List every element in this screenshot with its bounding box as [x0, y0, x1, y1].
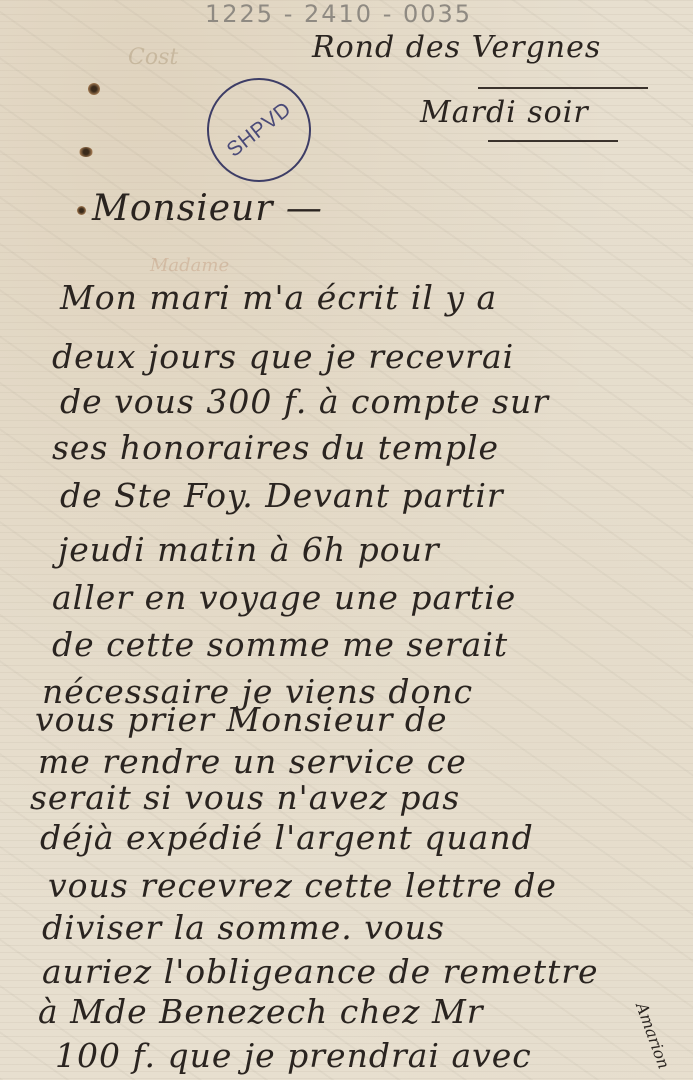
punch-hole	[77, 206, 86, 215]
punch-hole	[88, 83, 100, 95]
archive-reference-number: 1225 - 2410 - 0035	[205, 0, 472, 28]
body-line: ses honoraires du temple	[52, 428, 499, 467]
margin-annotation: Amarion	[632, 1000, 673, 1071]
body-line: 100 f. que je prendrai avec	[55, 1036, 532, 1075]
stamp-text: SHPVD	[222, 97, 296, 162]
body-line: de vous 300 f. à compte sur	[60, 382, 549, 421]
faint-pencil-note: Madame	[150, 255, 229, 276]
faint-pencil-note: Cost	[128, 45, 178, 70]
body-line: serait si vous n'avez pas	[30, 778, 460, 817]
body-line: vous prier Monsieur de	[35, 700, 448, 739]
punch-hole	[79, 147, 93, 157]
date-underline	[488, 140, 618, 142]
shpvd-archive-stamp: SHPVD	[207, 78, 311, 182]
body-line: de Ste Foy. Devant partir	[60, 476, 504, 515]
body-line: Mon mari m'a écrit il y a	[60, 278, 497, 317]
place-underline	[478, 87, 648, 89]
body-line: à Mde Benezech chez Mr	[38, 992, 484, 1031]
salutation: Monsieur —	[92, 188, 323, 229]
body-line: vous recevrez cette lettre de	[48, 866, 557, 905]
body-line: me rendre un service ce	[38, 742, 467, 781]
body-line: deux jours que je recevrai	[52, 337, 514, 376]
body-line: déjà expédié l'argent quand	[40, 818, 534, 857]
letter-place: Rond des Vergnes	[312, 30, 601, 65]
body-line: jeudi matin à 6h pour	[58, 530, 440, 569]
body-line: diviser la somme. vous	[42, 908, 445, 947]
body-line: de cette somme me serait	[52, 625, 508, 664]
body-line: auriez l'obligeance de remettre	[42, 952, 599, 991]
letter-page: 1225 - 2410 - 0035 Cost Madame SHPVD Ron…	[0, 0, 693, 1080]
body-line: aller en voyage une partie	[52, 578, 516, 617]
letter-date: Mardi soir	[420, 95, 589, 130]
